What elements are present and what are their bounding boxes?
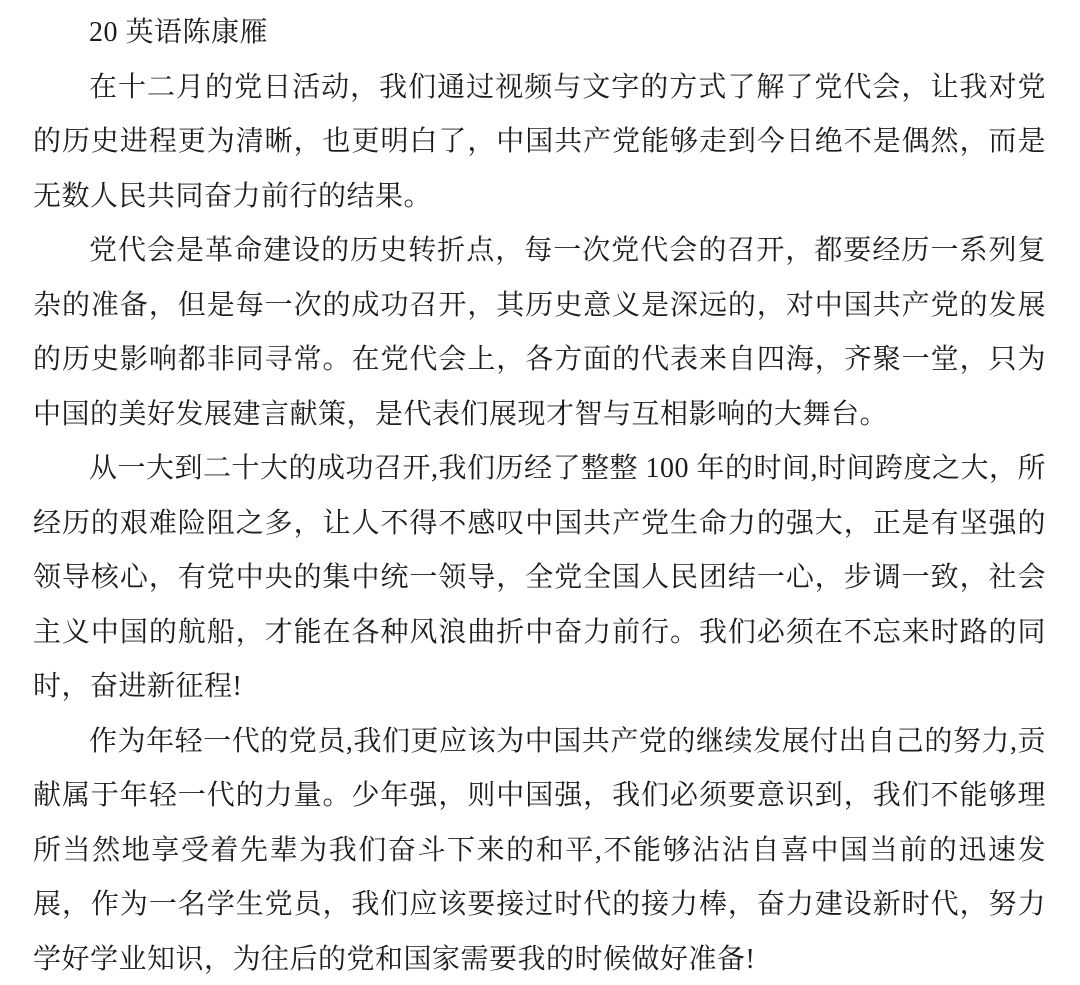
paragraph-100-years: 从一大到二十大的成功召开,我们历经了整整 100 年的时间,时间跨度之大，所经历… — [33, 442, 1046, 715]
document-page: 20 英语陈康雁 在十二月的党日活动，我们通过视频与文字的方式了解了党代会，让我… — [0, 0, 1080, 985]
paragraph-congress-significance: 党代会是革命建设的历史转折点，每一次党代会的召开，都要经历一系列复杂的准备，但是… — [33, 224, 1046, 442]
author-byline: 20 英语陈康雁 — [33, 6, 1046, 61]
paragraph-intro: 在十二月的党日活动，我们通过视频与文字的方式了解了党代会，让我对党的历史进程更为… — [33, 61, 1046, 225]
paragraph-young-generation: 作为年轻一代的党员,我们更应该为中国共产党的继续发展付出自己的努力,贡献属于年轻… — [33, 715, 1046, 985]
